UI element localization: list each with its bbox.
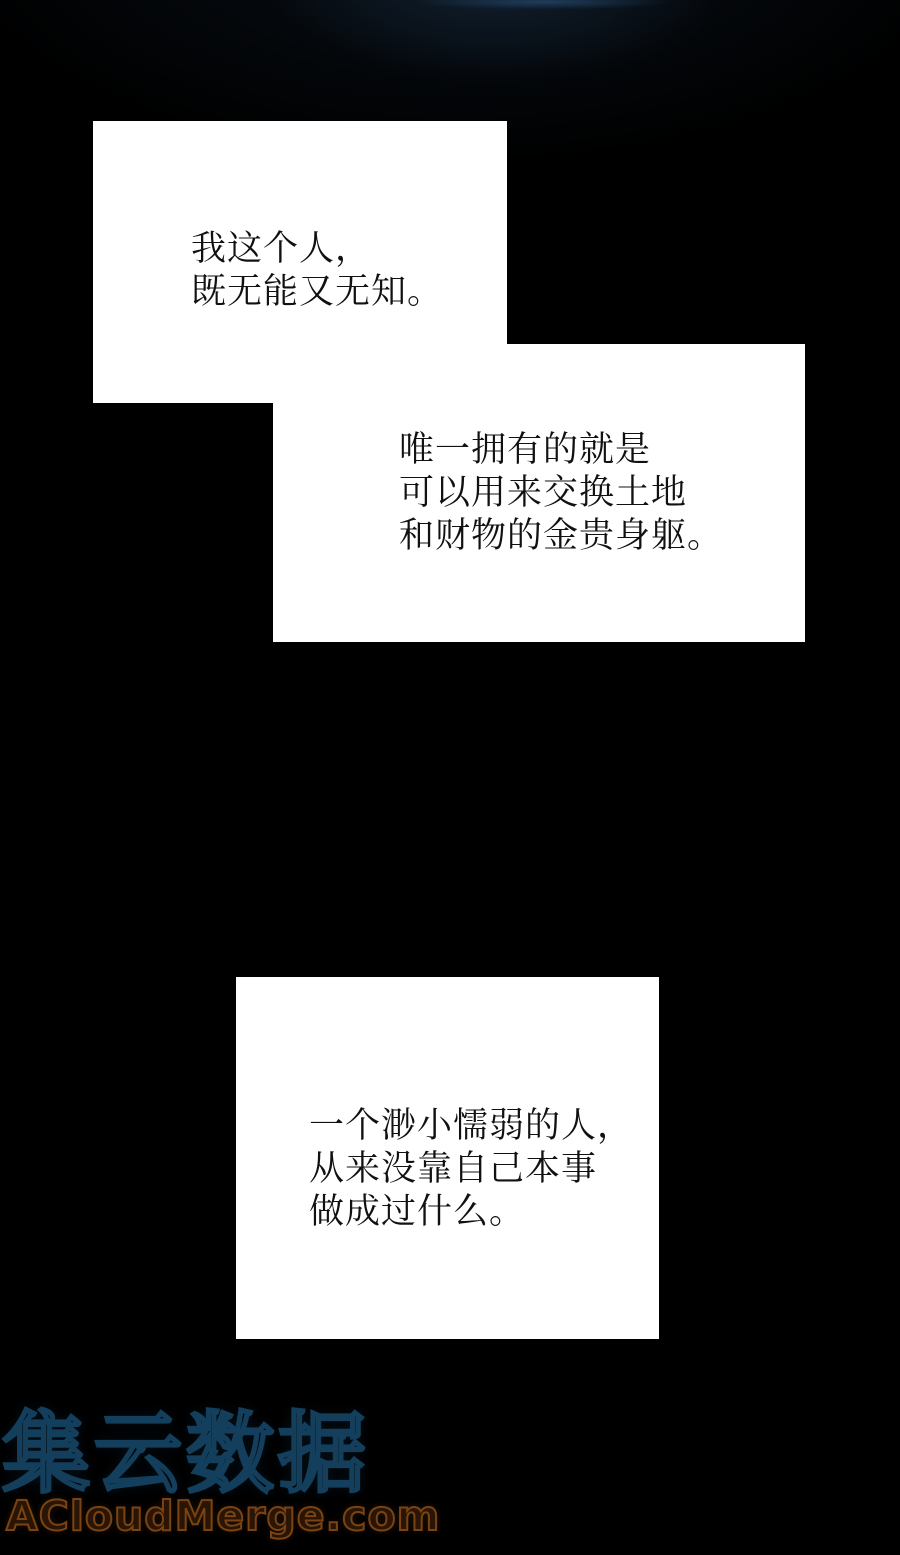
watermark-site-name: 集云数据: [2, 1408, 436, 1500]
narration-line: 可以用来交换土地: [399, 471, 723, 514]
narration-line: 从来没靠自己本事: [309, 1147, 633, 1190]
narration-panel-2: 唯一拥有的就是 可以用来交换土地 和财物的金贵身躯。: [273, 344, 805, 642]
narration-line: 唯一拥有的就是: [399, 428, 723, 471]
narration-line: 既无能又无知。: [191, 270, 443, 313]
narration-line: 做成过什么。: [309, 1190, 633, 1233]
narration-text-3: 一个渺小懦弱的人， 从来没靠自己本事 做成过什么。: [309, 1104, 633, 1233]
narration-text-1: 我这个人， 既无能又无知。: [191, 227, 443, 313]
narration-line: 和财物的金贵身躯。: [399, 514, 723, 557]
watermark-site-url: ACloudMerge.com: [6, 1494, 440, 1538]
narration-panel-3: 一个渺小懦弱的人， 从来没靠自己本事 做成过什么。: [236, 977, 659, 1339]
site-watermark: 集云数据 ACloudMerge.com: [2, 1408, 436, 1544]
narration-line: 我这个人，: [191, 227, 443, 270]
comic-page: 我这个人， 既无能又无知。 唯一拥有的就是 可以用来交换土地 和财物的金贵身躯。…: [0, 0, 900, 1555]
narration-text-2: 唯一拥有的就是 可以用来交换土地 和财物的金贵身躯。: [399, 428, 723, 557]
narration-line: 一个渺小懦弱的人，: [309, 1104, 633, 1147]
